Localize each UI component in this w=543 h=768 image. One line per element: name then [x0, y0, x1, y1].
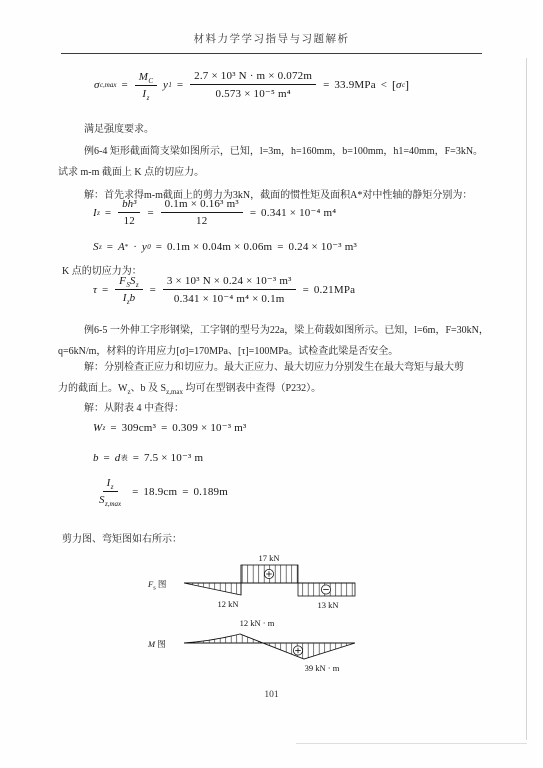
formula-tau: τ = FSSz Izb = 3 × 10³ N × 0.24 × 10⁻³ m… — [93, 274, 355, 305]
paragraph-diagrams-intro: 剪力图、弯矩图如右所示： — [62, 529, 490, 550]
moment-max-value-label: 39 kN · m — [305, 663, 340, 673]
scan-edge-artifact-bottom — [296, 743, 527, 744]
fraction-sigma-values: 2.7 × 10³ N · m × 0.072m 0.573 × 10⁻⁵ m⁴ — [190, 70, 316, 100]
fraction-iz-values: 0.1m × 0.16³ m³ 12 — [161, 198, 243, 227]
fraction-Iz-Szmax: Iz Sz,max — [95, 477, 125, 506]
fraction-Mc-Iz: MC Iz — [135, 71, 157, 100]
formula-b-thickness: b = d表 = 7.5 × 10⁻³ m — [93, 451, 203, 464]
shear-left-value-label: 12 kN — [217, 599, 238, 609]
shear-right-value-label: 13 kN — [317, 600, 338, 610]
paragraph-example-6-4: 例6-4 矩形截面简支梁如图所示，已知，l=3m，h=160mm，b=100mm… — [58, 141, 486, 183]
shear-top-value-label: 17 kN — [258, 553, 279, 563]
shear-overhang-triangle — [184, 583, 241, 595]
header-rule — [61, 53, 482, 54]
fraction-bh3-12: bh³ 12 — [118, 198, 140, 227]
plus-in-circle-icon — [264, 569, 273, 578]
fraction-FsSz-Izb: FSSz Izb — [115, 275, 142, 304]
moment-positive-region — [263, 643, 355, 659]
page-header-title: 材料力学学习指导与习题解析 — [0, 31, 543, 46]
paragraph-example-6-5: 例6-5 一外伸工字形钢梁，工字钢的型号为22a，梁上荷载如图所示。已知，l=6… — [58, 320, 486, 362]
formula-Wz: Wz = 309cm³ = 0.309 × 10⁻³ m³ — [93, 421, 246, 434]
formula-static-moment-Sz: Sz = A* · y0 = 0.1m × 0.04m × 0.06m = 0.… — [93, 240, 357, 253]
moment-diagram-label: M 图 — [147, 639, 166, 649]
moment-support-value-label: 12 kN · m — [240, 618, 275, 628]
formula-Iz-over-Szmax: Iz Sz,max = 18.9cm = 0.189m — [93, 477, 228, 506]
minus-in-circle-icon — [321, 585, 330, 594]
formula-sigma-cmax: σc,max = MC Iz y1 = 2.7 × 10³ N · m × 0.… — [94, 70, 409, 100]
plus-in-circle-icon — [293, 646, 302, 655]
paragraph-lookup-table: 解：从附表 4 中查得： — [58, 398, 486, 419]
paragraph-solution-6-5: 解：分别检查正应力和切应力。最大正应力、最大切应力分别发生在最大弯矩与最大剪 力… — [58, 357, 486, 403]
page-number: 101 — [0, 690, 543, 700]
scanned-textbook-page: 材料力学学习指导与习题解析 σc,max = MC Iz y1 = 2.7 × … — [0, 0, 543, 768]
bending-moment-diagram: M 图 12 kN · m 39 kN · m — [146, 616, 396, 686]
fraction-tau-values: 3 × 10³ N × 0.24 × 10⁻³ m³ 0.341 × 10⁻⁴ … — [163, 274, 296, 305]
scan-edge-artifact-right — [526, 58, 527, 740]
formula-inertia-Iz: Iz = bh³ 12 = 0.1m × 0.16³ m³ 12 = 0.341… — [93, 198, 336, 227]
paragraph-strength-ok: 满足强度要求。 — [58, 119, 486, 140]
shear-force-diagram: Fs 图 17 kN 12 kN 13 kN — [146, 550, 396, 616]
shear-diagram-label: Fs 图 — [147, 579, 166, 592]
